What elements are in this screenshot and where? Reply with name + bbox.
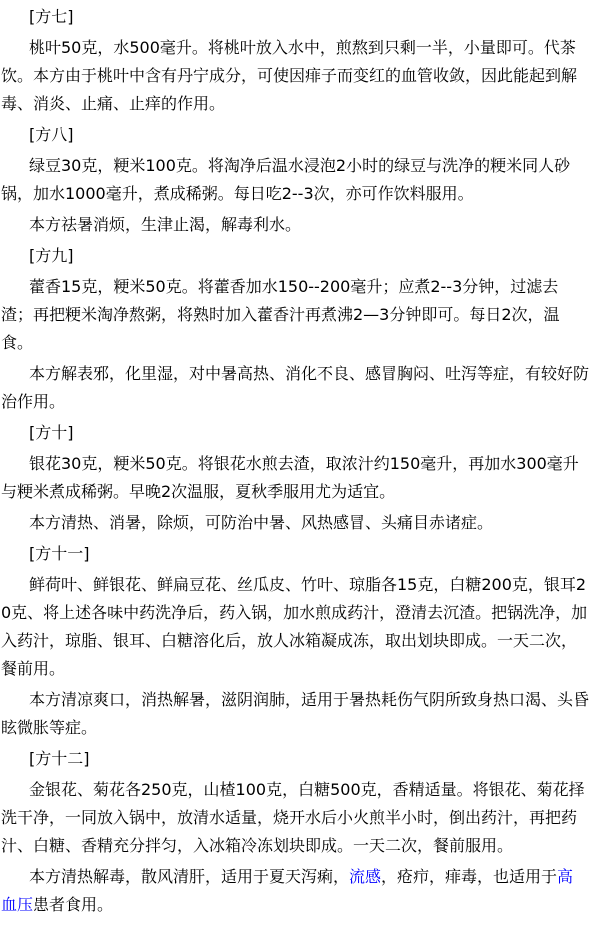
recipe-heading: [方九] (1, 242, 589, 270)
recipe-heading: [方十二] (1, 745, 589, 773)
recipe-paragraph: 鲜荷叶、鲜银花、鲜扁豆花、丝瓜皮、竹叶、琼脂各15克，白糖200克，银耳20克、… (1, 571, 589, 683)
section-fang12: [方十二] 金银花、菊花各250克，山楂100克，白糖500克，香精适量。将银花… (1, 745, 589, 919)
recipe-paragraph: 绿豆30克，粳米100克。将淘净后温水浸泡2小时的绿豆与洗净的粳米同人砂锅，加水… (1, 152, 589, 208)
effect-paragraph: 本方解表邪，化里湿，对中暑高热、消化不良、感冒胸闷、吐泻等症，有较好防治作用。 (1, 360, 589, 416)
recipe-paragraph: 金银花、菊花各250克，山楂100克，白糖500克，香精适量。将银花、菊花择洗干… (1, 776, 589, 860)
section-fang11: [方十一] 鲜荷叶、鲜银花、鲜扁豆花、丝瓜皮、竹叶、琼脂各15克，白糖200克，… (1, 540, 589, 742)
section-fang8: [方八] 绿豆30克，粳米100克。将淘净后温水浸泡2小时的绿豆与洗净的粳米同人… (1, 121, 589, 239)
effect-paragraph: 本方清凉爽口，消热解暑，滋阴润肺，适用于暑热耗伤气阴所致身热口渴、头昏眩微胀等症… (1, 686, 589, 742)
text-segment: ，疮疖，痱毒，也适用于 (381, 867, 557, 886)
recipe-heading: [方十] (1, 419, 589, 447)
recipe-heading: [方八] (1, 121, 589, 149)
recipe-paragraph: 银花30克，粳米50克。将银花水煎去渣，取浓汁约150毫升，再加水300毫升与粳… (1, 450, 589, 506)
recipe-heading: [方七] (1, 3, 589, 31)
effect-paragraph: 本方清热解毒，散风清肝，适用于夏天泻痢，流感，疮疖，痱毒，也适用于高血压患者食用… (1, 863, 589, 919)
recipe-paragraph: 桃叶50克，水500毫升。将桃叶放入水中，煎熬到只剩一半，小量即可。代茶饮。本方… (1, 34, 589, 118)
section-fang7: [方七] 桃叶50克，水500毫升。将桃叶放入水中，煎熬到只剩一半，小量即可。代… (1, 3, 589, 118)
flu-link[interactable]: 流感 (349, 867, 381, 886)
effect-paragraph: 本方清热、消暑，除烦，可防治中暑、风热感冒、头痛目赤诸症。 (1, 509, 589, 537)
document-page: [方七] 桃叶50克，水500毫升。将桃叶放入水中，煎熬到只剩一半，小量即可。代… (0, 0, 591, 926)
recipe-paragraph: 藿香15克，粳米50克。将藿香加水150--200毫升；应煮2--3分钟，过滤去… (1, 273, 589, 357)
recipe-heading: [方十一] (1, 540, 589, 568)
effect-paragraph: 本方祛暑消烦，生津止渴，解毒利水。 (1, 211, 589, 239)
text-segment: 本方清热解毒，散风清肝，适用于夏天泻痢， (29, 867, 349, 886)
section-fang9: [方九] 藿香15克，粳米50克。将藿香加水150--200毫升；应煮2--3分… (1, 242, 589, 416)
section-fang10: [方十] 银花30克，粳米50克。将银花水煎去渣，取浓汁约150毫升，再加水30… (1, 419, 589, 537)
text-segment: 患者食用。 (33, 895, 113, 914)
